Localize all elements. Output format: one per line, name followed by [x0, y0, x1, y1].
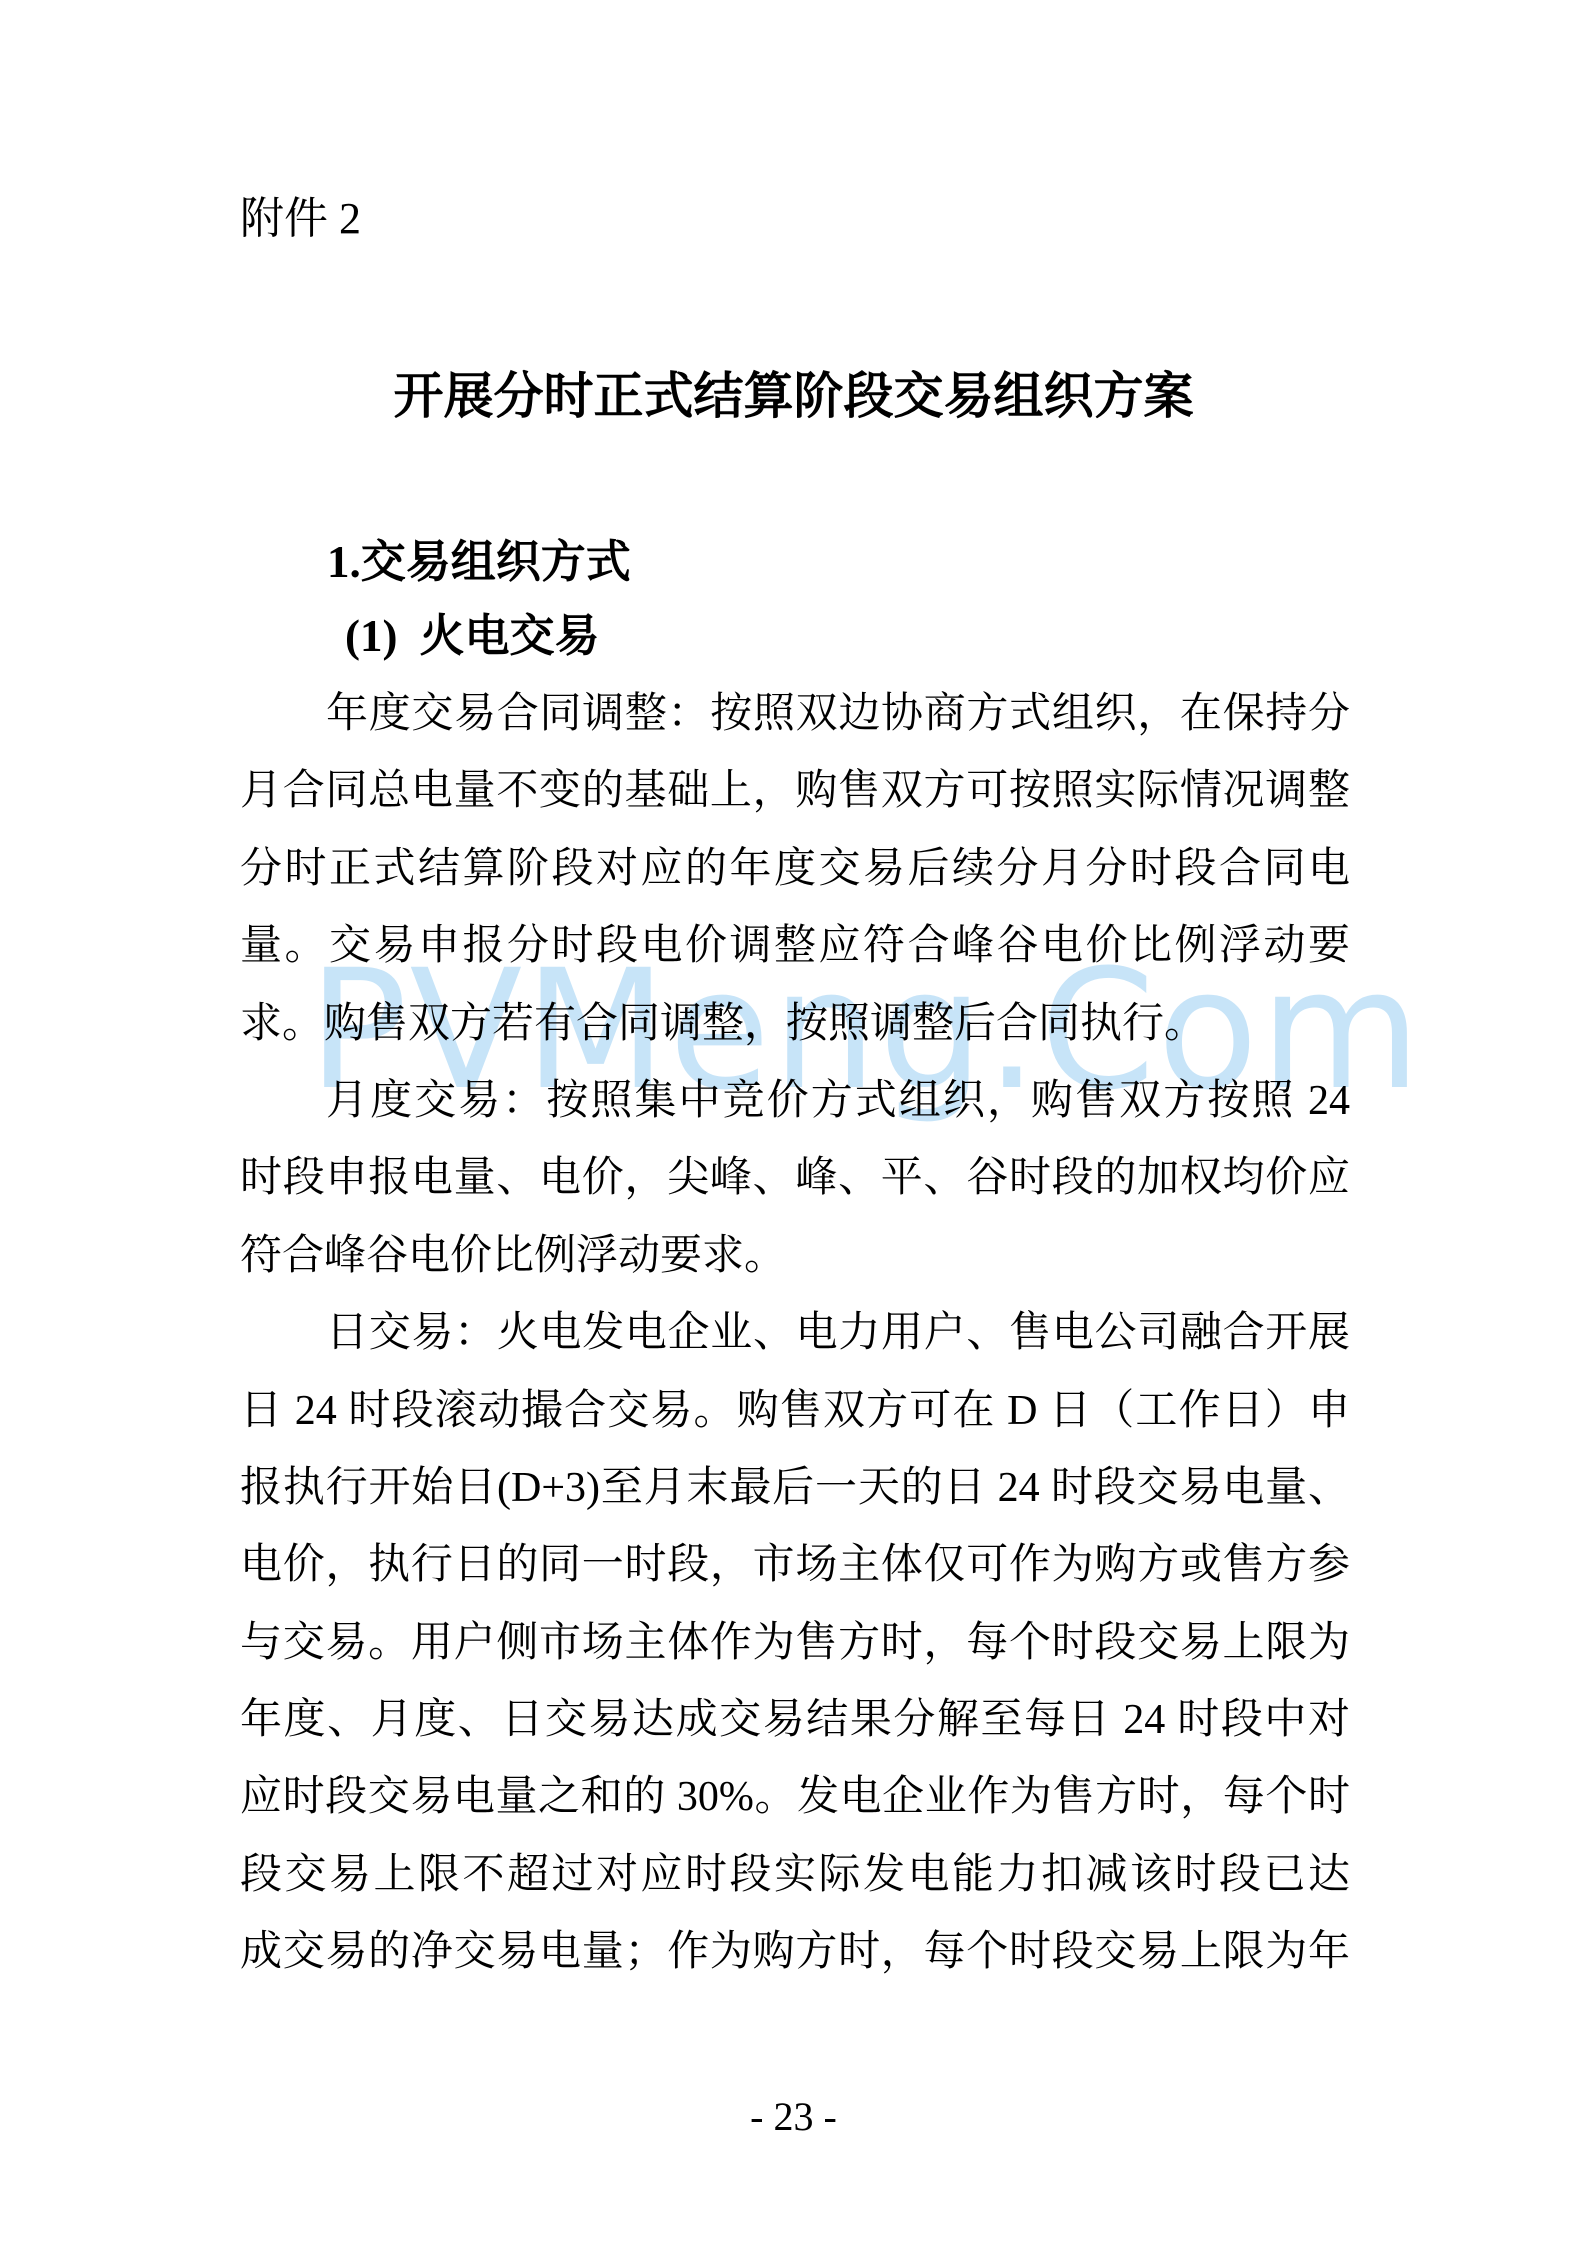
- body-line: 符合峰谷电价比例浮动要求。: [240, 1218, 1350, 1295]
- page-number: - 23 -: [0, 2092, 1587, 2142]
- body-line: 与交易。用户侧市场主体作为售方时，每个时段交易上限为: [240, 1605, 1350, 1682]
- body-line: 段交易上限不超过对应时段实际发电能力扣减该时段已达: [240, 1837, 1350, 1914]
- body-line: 日 24 时段滚动撮合交易。购售双方可在 D 日（工作日）申: [240, 1373, 1350, 1450]
- body-line: 日交易：火电发电企业、电力用户、售电公司融合开展: [240, 1295, 1350, 1372]
- document-title: 开展分时正式结算阶段交易组织方案: [0, 364, 1587, 428]
- body-line: 电价，执行日的同一时段，市场主体仅可作为购方或售方参: [240, 1527, 1350, 1604]
- subsection-title: 火电交易: [419, 611, 599, 661]
- subsection-heading: (1)火电交易: [345, 606, 600, 666]
- body-line: 应时段交易电量之和的 30%。发电企业作为售方时，每个时: [240, 1759, 1350, 1836]
- body-line: 年度、月度、日交易达成交易结果分解至每日 24 时段中对: [240, 1682, 1350, 1759]
- body-text: 年度交易合同调整：按照双边协商方式组织，在保持分月合同总电量不变的基础上，购售双…: [240, 676, 1350, 1992]
- body-line: 报执行开始日(D+3)至月末最后一天的日 24 时段交易电量、: [240, 1450, 1350, 1527]
- attachment-label: 附件 2: [240, 192, 361, 246]
- body-line: 量。交易申报分时段电价调整应符合峰谷电价比例浮动要: [240, 908, 1350, 985]
- body-line: 求。购售双方若有合同调整，按照调整后合同执行。: [240, 986, 1350, 1063]
- body-line: 时段申报电量、电价，尖峰、峰、平、谷时段的加权均价应: [240, 1140, 1350, 1217]
- body-line: 月度交易：按照集中竞价方式组织，购售双方按照 24: [240, 1063, 1350, 1140]
- subsection-number: (1): [345, 611, 397, 661]
- body-line: 年度交易合同调整：按照双边协商方式组织，在保持分: [240, 676, 1350, 753]
- body-line: 分时正式结算阶段对应的年度交易后续分月分时段合同电: [240, 831, 1350, 908]
- section-heading: 1.交易组织方式: [327, 532, 631, 592]
- body-line: 成交易的净交易电量；作为购方时，每个时段交易上限为年: [240, 1914, 1350, 1991]
- body-line: 月合同总电量不变的基础上，购售双方可按照实际情况调整: [240, 753, 1350, 830]
- document-page: PVMeng.Com 附件 2 开展分时正式结算阶段交易组织方案 1.交易组织方…: [0, 0, 1587, 2245]
